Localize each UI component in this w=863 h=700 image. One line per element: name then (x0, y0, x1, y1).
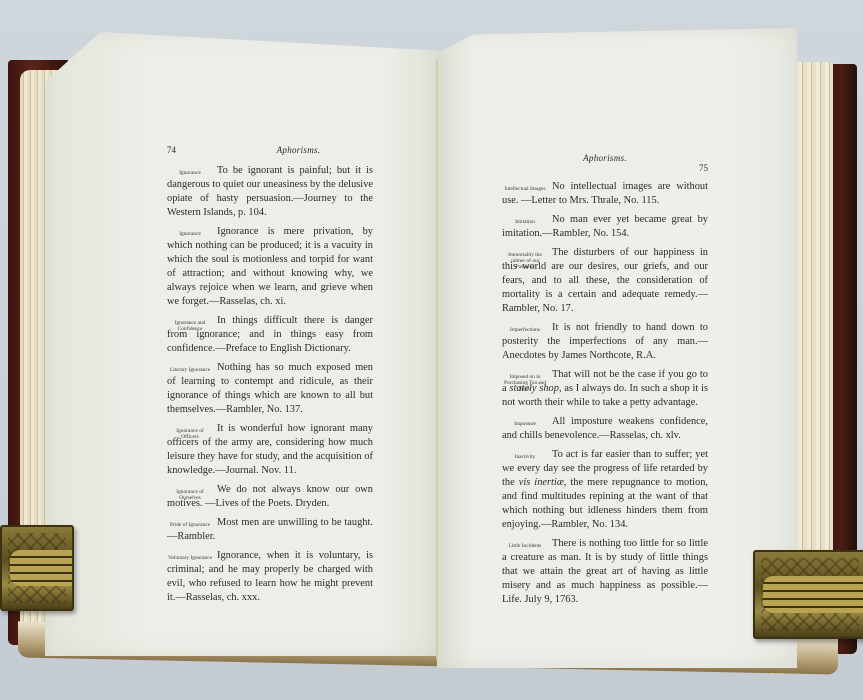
running-head-title: Aphorisms. (277, 143, 321, 157)
aphorism-entry: Voluntary Ignorance Ignorance, when it i… (167, 549, 373, 605)
sidenote: Immortality the calmer of our Passions (502, 252, 548, 270)
sidenote: Ignorance and Confidence (167, 320, 213, 332)
aphorism-entry: Imitation No man ever yet became great b… (502, 213, 708, 241)
aphorism-entry: Imperfections It is not friendly to hand… (502, 321, 708, 363)
sidenote: Literary Ignorance (167, 367, 213, 373)
sidenote: Imposture (502, 421, 548, 427)
sidenote: Imperfections (502, 327, 548, 333)
aphorism-text: No man ever yet became great by imitatio… (502, 213, 708, 241)
brass-hand-clip-right-icon (753, 550, 863, 639)
right-running-head: Aphorisms. 75 (502, 151, 708, 165)
aphorism-entry: Ignorance To be ignorant is painful; but… (167, 164, 373, 220)
aphorism-entry: Literary Ignorance Nothing has so much e… (167, 361, 373, 417)
aphorism-entry: Ignorance and Confidence In things diffi… (167, 314, 373, 356)
aphorism-text: Ignorance is mere privation, by which no… (167, 225, 373, 309)
sidenote: Imitation (502, 219, 548, 225)
left-running-head: 74 Aphorisms. (167, 143, 373, 157)
sidenote: Ignorance of Ourselves (167, 489, 213, 501)
book-gutter (436, 60, 440, 660)
aphorism-entry: Pride of Ignorance Most men are unwillin… (167, 516, 373, 544)
sidenote: Ignorance (167, 231, 213, 237)
running-head-title: Aphorisms. (583, 151, 627, 165)
sidenote: Inactivity (502, 454, 548, 460)
sidenote: Ignorance of Officers (167, 428, 213, 440)
sidenote: Voluntary Ignorance (167, 555, 213, 561)
aphorism-entry: Inactivity To act is far easier than to … (502, 448, 708, 532)
aphorism-entry: Intellectual Images No intellectual imag… (502, 180, 708, 208)
right-page-text: Aphorisms. 75 Intellectual Images No int… (502, 151, 708, 612)
left-page-text: 74 Aphorisms. Ignorance To be ignorant i… (167, 143, 373, 610)
brass-hand-clip-left-icon (0, 525, 74, 611)
aphorism-entry: Imposture All imposture weakens confiden… (502, 415, 708, 443)
sidenote: Intellectual Images (502, 186, 548, 192)
aphorism-text: No intellectual images are without use. … (502, 180, 708, 208)
page-number: 74 (167, 143, 176, 157)
sidenote: Pride of Ignorance (167, 522, 213, 528)
italic-emphasis: vis inertiæ (519, 477, 564, 488)
sidenote: Ignorance (167, 170, 213, 176)
aphorism-text: Most men are unwilling to be taught.—Ram… (167, 516, 373, 544)
aphorism-text: To act is far easier than to suffer; yet… (502, 448, 708, 532)
aphorism-entry: Immortality the calmer of our Passions T… (502, 246, 708, 316)
book-photo: 74 Aphorisms. Ignorance To be ignorant i… (0, 0, 863, 700)
aphorism-entry: Ignorance Ignorance is mere privation, b… (167, 225, 373, 309)
sidenote: Imposed on in Purchasing Tea and Sugar (502, 374, 548, 392)
aphorism-text: All imposture weakens confidence, and ch… (502, 415, 708, 443)
aphorism-entry: Little Incidents There is nothing too li… (502, 537, 708, 607)
sidenote: Little Incidents (502, 543, 548, 549)
aphorism-entry: Ignorance of Officers It is wonderful ho… (167, 422, 373, 478)
aphorism-entry: Imposed on in Purchasing Tea and Sugar T… (502, 368, 708, 410)
page-number: 75 (699, 161, 708, 175)
aphorism-entry: Ignorance of Ourselves We do not always … (167, 483, 373, 511)
